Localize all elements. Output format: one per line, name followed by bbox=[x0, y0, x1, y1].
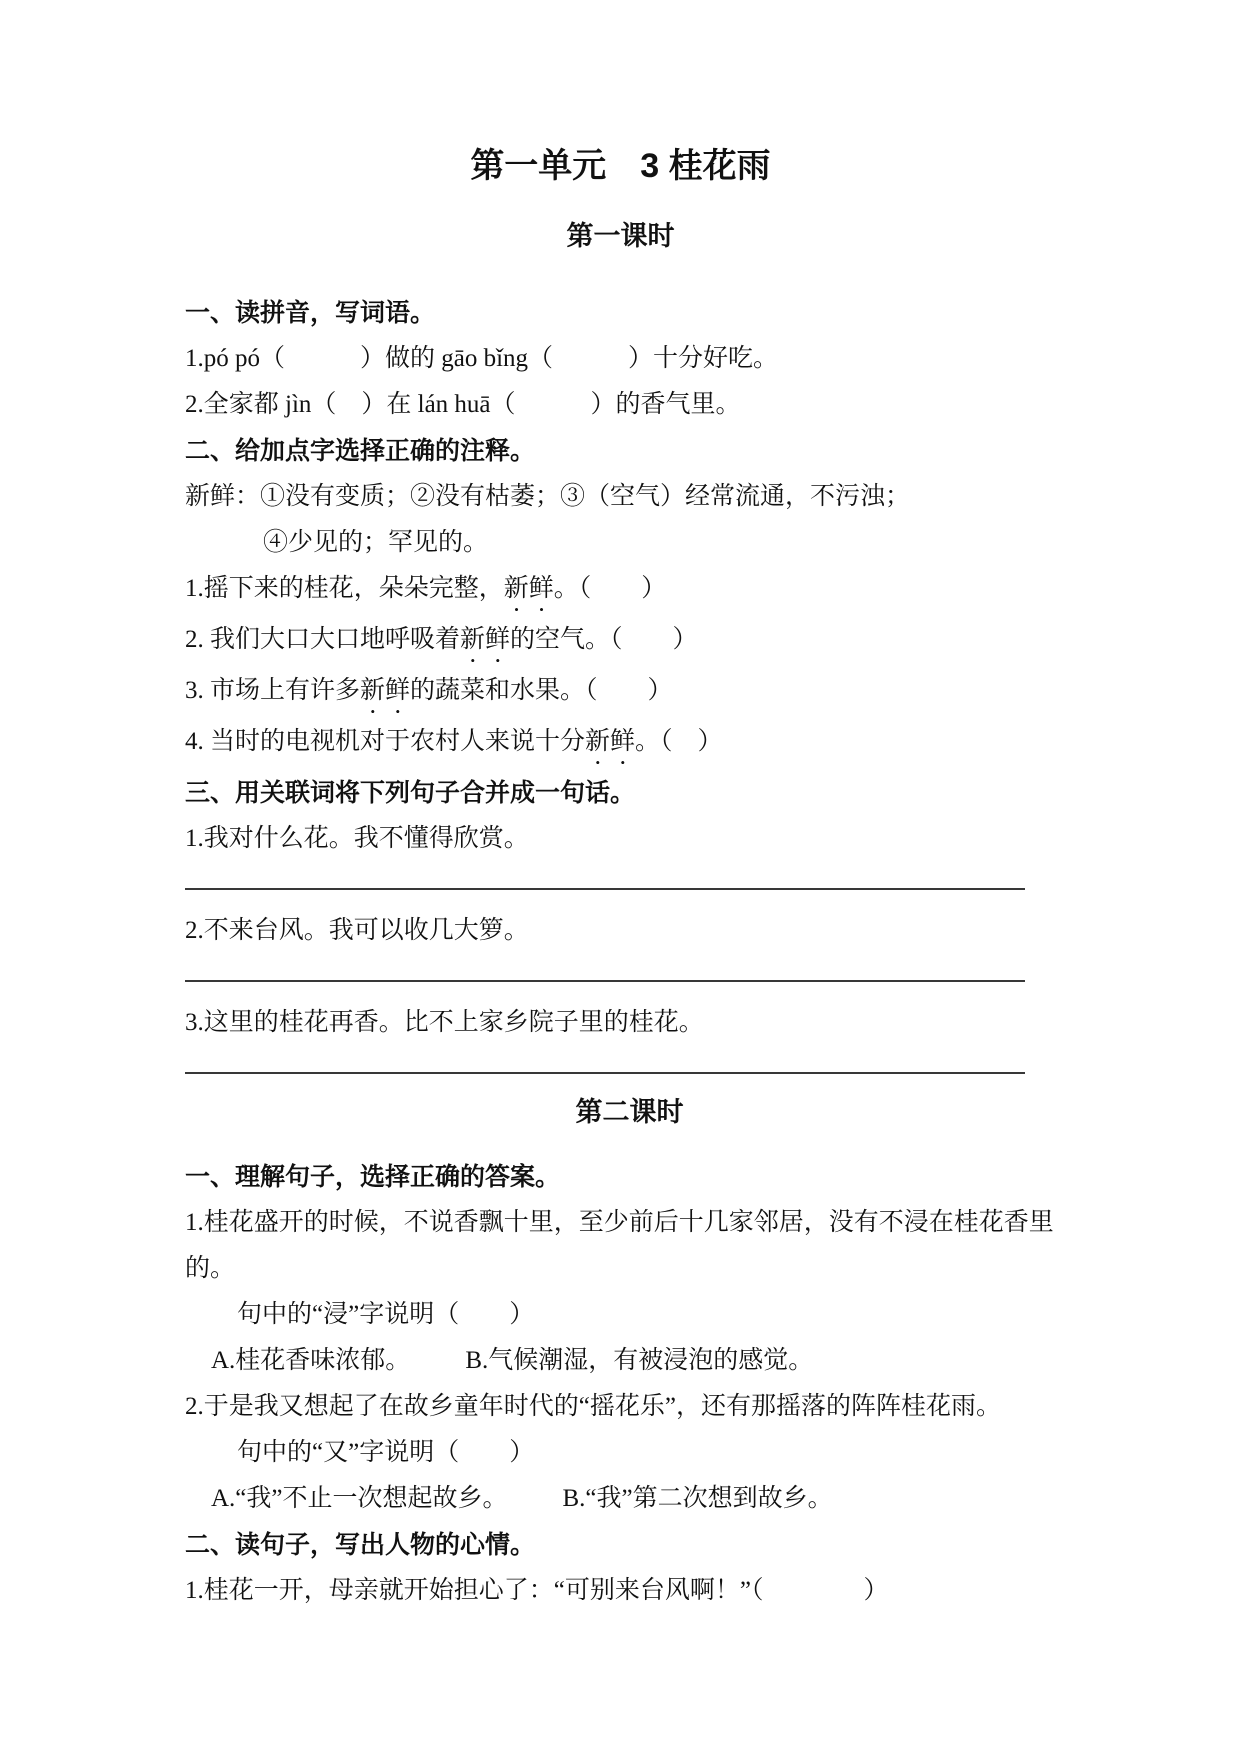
s2-sec2-heading: 二、读句子，写出人物的心情。 bbox=[185, 1522, 1074, 1568]
text-segment: 2. 我们大口大口地呼吸着 bbox=[185, 626, 460, 653]
s1-sec2-definition-2: ④少见的；罕见的。 bbox=[185, 520, 1074, 566]
text-segment: 3. 市场上有许多 bbox=[185, 677, 360, 704]
text-segment: 4. 当时的电视机对于农村人来说十分 bbox=[185, 728, 585, 755]
text-segment: 。（ ） bbox=[554, 575, 667, 602]
worksheet-content: 一、读拼音，写词语。 1.pó pó（ ）做的 gāo bǐng（ ）十分好吃。… bbox=[185, 290, 1074, 1614]
session-2-heading: 第二课时 bbox=[185, 1092, 1074, 1132]
answer-blank-line bbox=[185, 862, 1025, 890]
option-b: B.气候潮湿，有被浸泡的感觉。 bbox=[465, 1347, 813, 1374]
s1-sec2-item-2: 2. 我们大口大口地呼吸着新鲜的空气。（ ） bbox=[185, 617, 1074, 668]
s2-sec1-q2-text: 2.于是我又想起了在故乡童年时代的“摇花乐”，还有那摇落的阵阵桂花雨。 bbox=[185, 1384, 1074, 1430]
page-title: 第一单元 3 桂花雨 bbox=[0, 146, 1241, 186]
s1-sec2-item-3: 3. 市场上有许多新鲜的蔬菜和水果。（ ） bbox=[185, 668, 1074, 719]
s1-sec2-item-4: 4. 当时的电视机对于农村人来说十分新鲜。（ ） bbox=[185, 719, 1074, 770]
s2-sec2-item-1: 1.桂花一开，母亲就开始担心了：“可别来台风啊！”（ ） bbox=[185, 1568, 1074, 1614]
s1-sec1-item-2: 2.全家都 jìn（ ）在 lán huā（ ）的香气里。 bbox=[185, 382, 1074, 428]
emphasized-word: 新鲜 bbox=[585, 728, 635, 755]
s1-sec2-item-1: 1.摇下来的桂花，朵朵完整，新鲜。（ ） bbox=[185, 566, 1074, 617]
text-segment: 的蔬菜和水果。（ ） bbox=[410, 677, 673, 704]
s2-sec1-q1-options: A.桂花香味浓郁。B.气候潮湿，有被浸泡的感觉。 bbox=[185, 1338, 1074, 1384]
answer-blank-line bbox=[185, 954, 1025, 982]
text-segment: 1.摇下来的桂花，朵朵完整， bbox=[185, 575, 504, 602]
s1-sec2-definition-1: 新鲜：①没有变质；②没有枯萎；③（空气）经常流通，不污浊； bbox=[185, 474, 1074, 520]
option-a: A.“我”不止一次想起故乡。 bbox=[211, 1485, 508, 1512]
s1-sec1-heading: 一、读拼音，写词语。 bbox=[185, 290, 1074, 336]
s1-sec3-heading: 三、用关联词将下列句子合并成一句话。 bbox=[185, 770, 1074, 816]
s1-sec3-item-2: 2.不来台风。我可以收几大箩。 bbox=[185, 908, 1074, 954]
s1-sec3-item-3: 3.这里的桂花再香。比不上家乡院子里的桂花。 bbox=[185, 1000, 1074, 1046]
s1-sec2-heading: 二、给加点字选择正确的注释。 bbox=[185, 428, 1074, 474]
s2-sec1-q1-prompt: 句中的“浸”字说明（ ） bbox=[185, 1292, 1074, 1338]
s1-sec1-item-1: 1.pó pó（ ）做的 gāo bǐng（ ）十分好吃。 bbox=[185, 336, 1074, 382]
s1-sec3-item-1: 1.我对什么花。我不懂得欣赏。 bbox=[185, 816, 1074, 862]
emphasized-word: 新鲜 bbox=[360, 677, 410, 704]
text-segment: 。（ ） bbox=[635, 728, 723, 755]
s2-sec1-heading: 一、理解句子，选择正确的答案。 bbox=[185, 1154, 1074, 1200]
s2-sec1-q2-options: A.“我”不止一次想起故乡。B.“我”第二次想到故乡。 bbox=[185, 1476, 1074, 1522]
worksheet-page: 第一单元 3 桂花雨 第一课时 一、读拼音，写词语。 1.pó pó（ ）做的 … bbox=[0, 0, 1241, 1754]
emphasized-word: 新鲜 bbox=[504, 575, 554, 602]
emphasized-word: 新鲜 bbox=[460, 626, 510, 653]
answer-blank-line bbox=[185, 1046, 1025, 1074]
s2-sec1-q2-prompt: 句中的“又”字说明（ ） bbox=[185, 1430, 1074, 1476]
session-1-heading: 第一课时 bbox=[0, 216, 1241, 256]
option-b: B.“我”第二次想到故乡。 bbox=[563, 1485, 833, 1512]
s2-sec1-q1-text: 1.桂花盛开的时候，不说香飘十里，至少前后十几家邻居，没有不浸在桂花香里的。 bbox=[185, 1200, 1074, 1292]
text-segment: 的空气。（ ） bbox=[510, 626, 698, 653]
option-a: A.桂花香味浓郁。 bbox=[211, 1347, 410, 1374]
